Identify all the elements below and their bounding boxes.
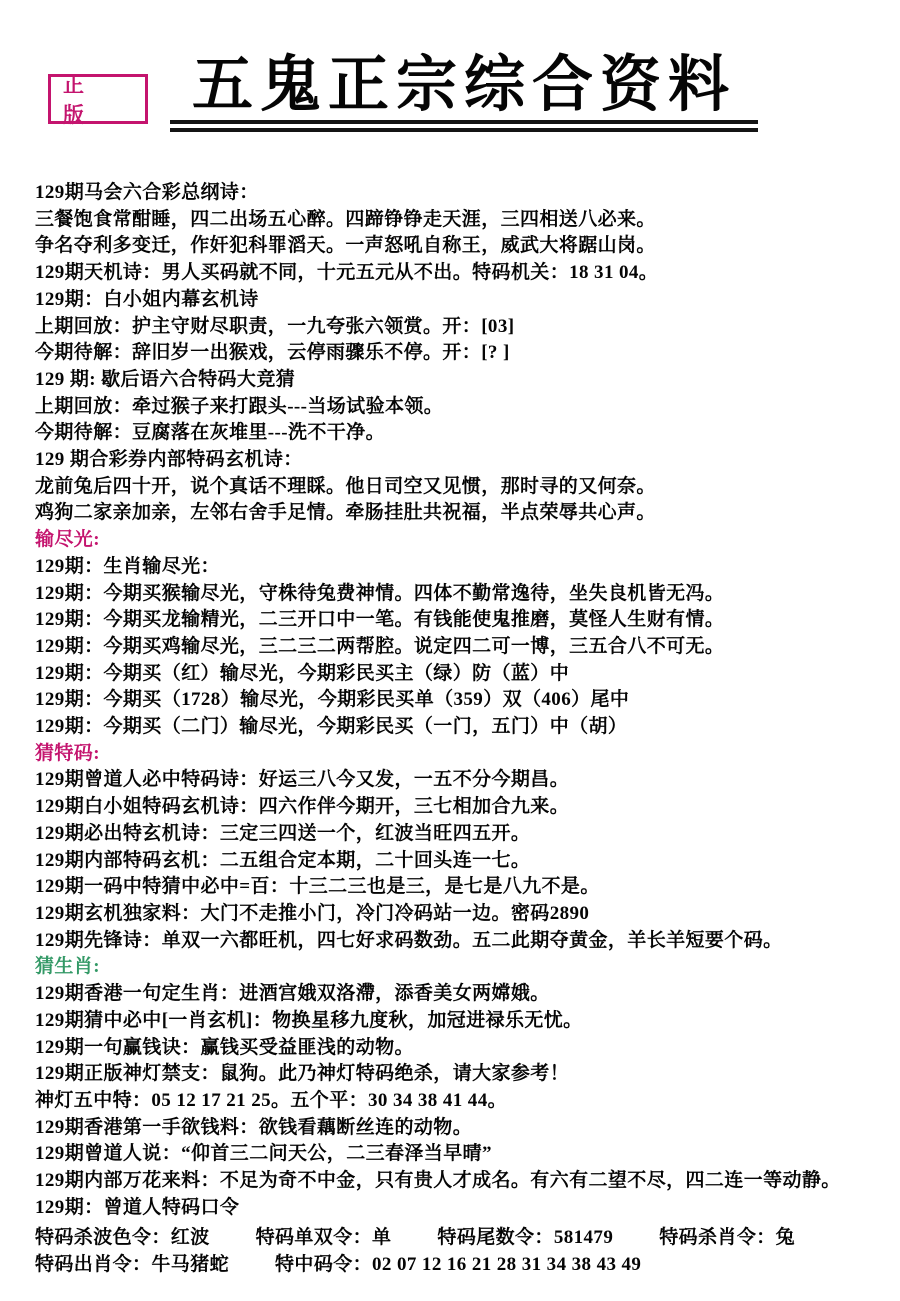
text-line: 129期白小姐特码玄机诗：四六作伴今期开，三七相加合九来。: [35, 794, 882, 821]
page-header: 正 版 五鬼正宗综合资料: [0, 0, 900, 176]
content-lines: 129期马会六合彩总纲诗：三餐饱食常酣睡，四二出场五心醉。四蹄铮铮走天涯，三四相…: [0, 176, 900, 1221]
footer-codes: 特码杀波色令：红波特码单双令：单特码尾数令：581479特码杀肖令：兔特码出肖令…: [0, 1221, 900, 1278]
text-line: 今期待解：辞旧岁一出猴戏，云停雨骤乐不停。开：[? ]: [35, 340, 882, 367]
page-title: 五鬼正宗综合资料: [168, 52, 760, 119]
text-line: 129期先锋诗：单双一六都旺机，四七好求码数劲。五二此期夺黄金，羊长羊短要个码。: [35, 928, 882, 955]
text-line: 129期：今期买（二门）输尽光，今期彩民买（一门，五门）中（胡）: [35, 714, 882, 741]
text-line: 神灯五中特：05 12 17 21 25。五个平：30 34 38 41 44。: [35, 1088, 882, 1115]
text-line: 争名夺利多变迁，作奸犯科罪滔天。一声怒吼自称王，威武大将踞山岗。: [35, 233, 882, 260]
text-line: 129期天机诗：男人买码就不同，十元五元从不出。特码机关：18 31 04。: [35, 260, 882, 287]
text-line: 129期：今期买（红）输尽光，今期彩民买主（绿）防（蓝）中: [35, 661, 882, 688]
text-line: 今期待解：豆腐落在灰堆里---洗不干净。: [35, 420, 882, 447]
code-directive: 特码单双令：单: [256, 1225, 392, 1252]
text-line: 129期：今期买鸡输尽光，三二三二两帮腔。说定四二可一博，三五合八不可无。: [35, 634, 882, 661]
text-line: 129期内部特码玄机：二五组合定本期，二十回头连一七。: [35, 848, 882, 875]
title-underline: [170, 120, 758, 132]
text-line: 龙前兔后四十开，说个真话不理睬。他日司空又见惯，那时寻的又何奈。: [35, 474, 882, 501]
page: 正 版 五鬼正宗综合资料 129期马会六合彩总纲诗：三餐饱食常酣睡，四二出场五心…: [0, 0, 900, 1301]
text-line: 鸡狗二家亲加亲，左邻右舍手足情。牵肠挂肚共祝福，半点荣辱共心声。: [35, 500, 882, 527]
text-line: 129期香港一句定生肖：进酒宫娥双洛滯，添香美女两嫦娥。: [35, 981, 882, 1008]
section-heading: 猜特码:: [35, 741, 882, 768]
text-line: 129期玄机独家料：大门不走推小门，冷门冷码站一边。密码2890: [35, 901, 882, 928]
title-block: 五鬼正宗综合资料: [168, 52, 760, 132]
text-line: 129期：今期买（1728）输尽光，今期彩民买单（359）双（406）尾中: [35, 687, 882, 714]
text-line: 129期必出特玄机诗：三定三四送一个，红波当旺四五开。: [35, 821, 882, 848]
text-line: 129期：曾道人特码口令: [35, 1195, 882, 1222]
footer-row: 特码杀波色令：红波特码单双令：单特码尾数令：581479特码杀肖令：兔: [35, 1225, 882, 1252]
text-line: 129期一句赢钱诀：赢钱买受益匪浅的动物。: [35, 1035, 882, 1062]
text-line: 三餐饱食常酣睡，四二出场五心醉。四蹄铮铮走天涯，三四相送八必来。: [35, 207, 882, 234]
text-line: 129期正版神灯禁支：鼠狗。此乃神灯特码绝杀，请大家参考！: [35, 1061, 882, 1088]
authentic-badge-label: 正 版: [63, 69, 145, 129]
text-line: 129 期: 歇后语六合特码大竞猜: [35, 367, 882, 394]
authentic-badge: 正 版: [48, 74, 148, 124]
code-directive: 特码杀肖令：兔: [659, 1225, 795, 1252]
text-line: 上期回放：牵过猴子来打跟头---当场试验本领。: [35, 394, 882, 421]
code-directive: 特码杀波色令：红波: [35, 1225, 210, 1252]
text-line: 129 期合彩券内部特码玄机诗：: [35, 447, 882, 474]
text-line: 129期猜中必中[一肖玄机]：物换星移九度秋，加冠进禄乐无忧。: [35, 1008, 882, 1035]
text-line: 129期内部万花来料：不足为奇不中金，只有贵人才成名。有六有二望不尽，四二连一等…: [35, 1168, 882, 1195]
text-line: 上期回放：护主守财尽职责，一九夸张六领赏。开：[03]: [35, 314, 882, 341]
text-line: 129期：今期买猴输尽光，守株待兔费神情。四体不勤常逸待，坐失良机皆无冯。: [35, 581, 882, 608]
code-directive: 特码尾数令：581479: [437, 1225, 613, 1252]
text-line: 129期曾道人说：“仰首三二问天公，二三春泽当早晴”: [35, 1141, 882, 1168]
code-directive: 特中码令：02 07 12 16 21 28 31 34 38 43 49: [275, 1252, 641, 1279]
text-line: 129期：今期买龙输精光，二三开口中一笔。有钱能使鬼推磨，莫怪人生财有情。: [35, 607, 882, 634]
section-heading: 猜生肖:: [35, 954, 882, 981]
text-line: 129期曾道人必中特码诗：好运三八今又发，一五不分今期昌。: [35, 767, 882, 794]
section-heading: 输尽光:: [35, 527, 882, 554]
text-line: 129期香港第一手欲钱料：欲钱看藕断丝连的动物。: [35, 1115, 882, 1142]
text-line: 129期一码中特猜中必中=百：十三二三也是三，是七是八九不是。: [35, 874, 882, 901]
text-line: 129期：生肖输尽光：: [35, 554, 882, 581]
text-line: 129期马会六合彩总纲诗：: [35, 180, 882, 207]
text-line: 129期：白小姐内幕玄机诗: [35, 287, 882, 314]
footer-row: 特码出肖令：牛马猪蛇特中码令：02 07 12 16 21 28 31 34 3…: [35, 1252, 882, 1279]
code-directive: 特码出肖令：牛马猪蛇: [35, 1252, 229, 1279]
